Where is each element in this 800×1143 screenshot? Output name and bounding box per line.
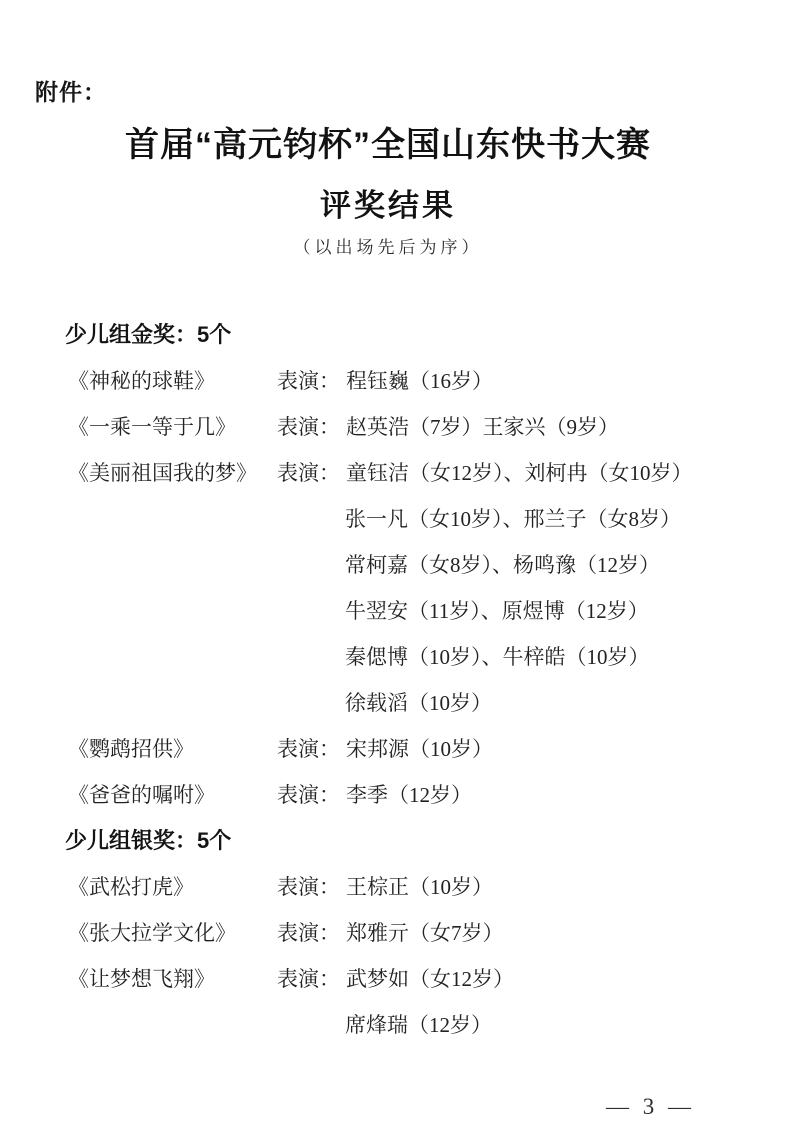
performer-label: 表演：	[277, 415, 340, 439]
performer-label: 表演：	[277, 967, 340, 991]
performer-label: 表演：	[277, 461, 340, 485]
work-title: 《美丽祖国我的梦》	[68, 460, 277, 486]
performer-names: 童钰洁（女12岁）、刘柯冉（女10岁）	[346, 461, 693, 485]
performer-names: 王棕正（10岁）	[346, 875, 493, 899]
performer-continuation-row: 牛翌安（11岁）、原煜博（12岁）	[0, 598, 800, 644]
performer-label: 表演：	[277, 737, 340, 761]
award-list: 少儿组金奖：5个 《神秘的球鞋》表演：程钰巍（16岁） 《一乘一等于几》表演：赵…	[0, 322, 800, 1058]
performer-continuation-row: 秦偲博（10岁）、牛梓皓（10岁）	[0, 644, 800, 690]
performer-label: 表演：	[277, 875, 340, 899]
performer-label: 表演：	[277, 921, 340, 945]
work-title: 《爸爸的嘱咐》	[68, 782, 277, 808]
performer-continuation-row: 常柯嘉（女8岁）、杨鸣豫（12岁）	[0, 552, 800, 598]
performer-label: 表演：	[277, 783, 340, 807]
performer-names: 李季（12岁）	[346, 783, 472, 807]
award-entry-row: 《美丽祖国我的梦》表演：童钰洁（女12岁）、刘柯冉（女10岁）	[0, 460, 800, 506]
performer-names: 赵英浩（7岁）王家兴（9岁）	[346, 415, 619, 439]
performer-names: 常柯嘉（女8岁）、杨鸣豫（12岁）	[345, 553, 660, 577]
performer-names: 牛翌安（11岁）、原煜博（12岁）	[345, 599, 649, 623]
award-entry-row: 《一乘一等于几》表演：赵英浩（7岁）王家兴（9岁）	[0, 414, 800, 460]
performer-continuation-row: 徐载滔（10岁）	[0, 690, 800, 736]
page-title: 首届“高元钧杯”全国山东快书大赛	[0, 117, 776, 166]
performer-names: 徐载滔（10岁）	[345, 691, 492, 715]
performer-names: 席烽瑞（12岁）	[345, 1013, 492, 1037]
section-header-text: 少儿组金奖：5个	[65, 322, 231, 347]
scanned-document-page: 附件： 首届“高元钧杯”全国山东快书大赛 评奖结果 （以出场先后为序） 少儿组金…	[0, 0, 800, 1143]
performer-continuation-row: 张一凡（女10岁）、邢兰子（女8岁）	[0, 506, 800, 552]
award-section-header-gold: 少儿组金奖：5个	[0, 322, 800, 368]
performer-continuation-row: 席烽瑞（12岁）	[0, 1012, 800, 1058]
award-entry-row: 《武松打虎》表演：王棕正（10岁）	[0, 874, 800, 920]
work-title: 《神秘的球鞋》	[68, 368, 277, 394]
performer-names: 宋邦源（10岁）	[346, 737, 493, 761]
performer-names: 张一凡（女10岁）、邢兰子（女8岁）	[345, 507, 681, 531]
award-entry-row: 《张大拉学文化》表演：郑雅亓（女7岁）	[0, 920, 800, 966]
work-title: 《一乘一等于几》	[68, 414, 277, 440]
award-section-header-silver: 少儿组银奖：5个	[0, 828, 800, 874]
page-title-line2: 评奖结果	[0, 180, 776, 225]
page-number: — 3 —	[606, 1094, 695, 1120]
work-title: 《张大拉学文化》	[68, 920, 277, 946]
performer-names: 郑雅亓（女7岁）	[346, 921, 504, 945]
work-title: 《鹦鹉招供》	[68, 736, 277, 762]
work-title: 《让梦想飞翔》	[68, 966, 277, 992]
attachment-label: 附件：	[35, 74, 107, 107]
award-entry-row: 《鹦鹉招供》表演：宋邦源（10岁）	[0, 736, 800, 782]
performer-names: 秦偲博（10岁）、牛梓皓（10岁）	[345, 645, 650, 669]
award-entry-row: 《让梦想飞翔》表演：武梦如（女12岁）	[0, 966, 800, 1012]
performer-names: 程钰巍（16岁）	[346, 369, 493, 393]
performer-label: 表演：	[277, 369, 340, 393]
performer-names: 武梦如（女12岁）	[346, 967, 514, 991]
section-header-text: 少儿组银奖：5个	[65, 828, 231, 853]
work-title: 《武松打虎》	[68, 874, 277, 900]
award-entry-row: 《爸爸的嘱咐》表演：李季（12岁）	[0, 782, 800, 828]
award-entry-row: 《神秘的球鞋》表演：程钰巍（16岁）	[0, 368, 800, 414]
subtitle-order-note: （以出场先后为序）	[0, 233, 776, 258]
